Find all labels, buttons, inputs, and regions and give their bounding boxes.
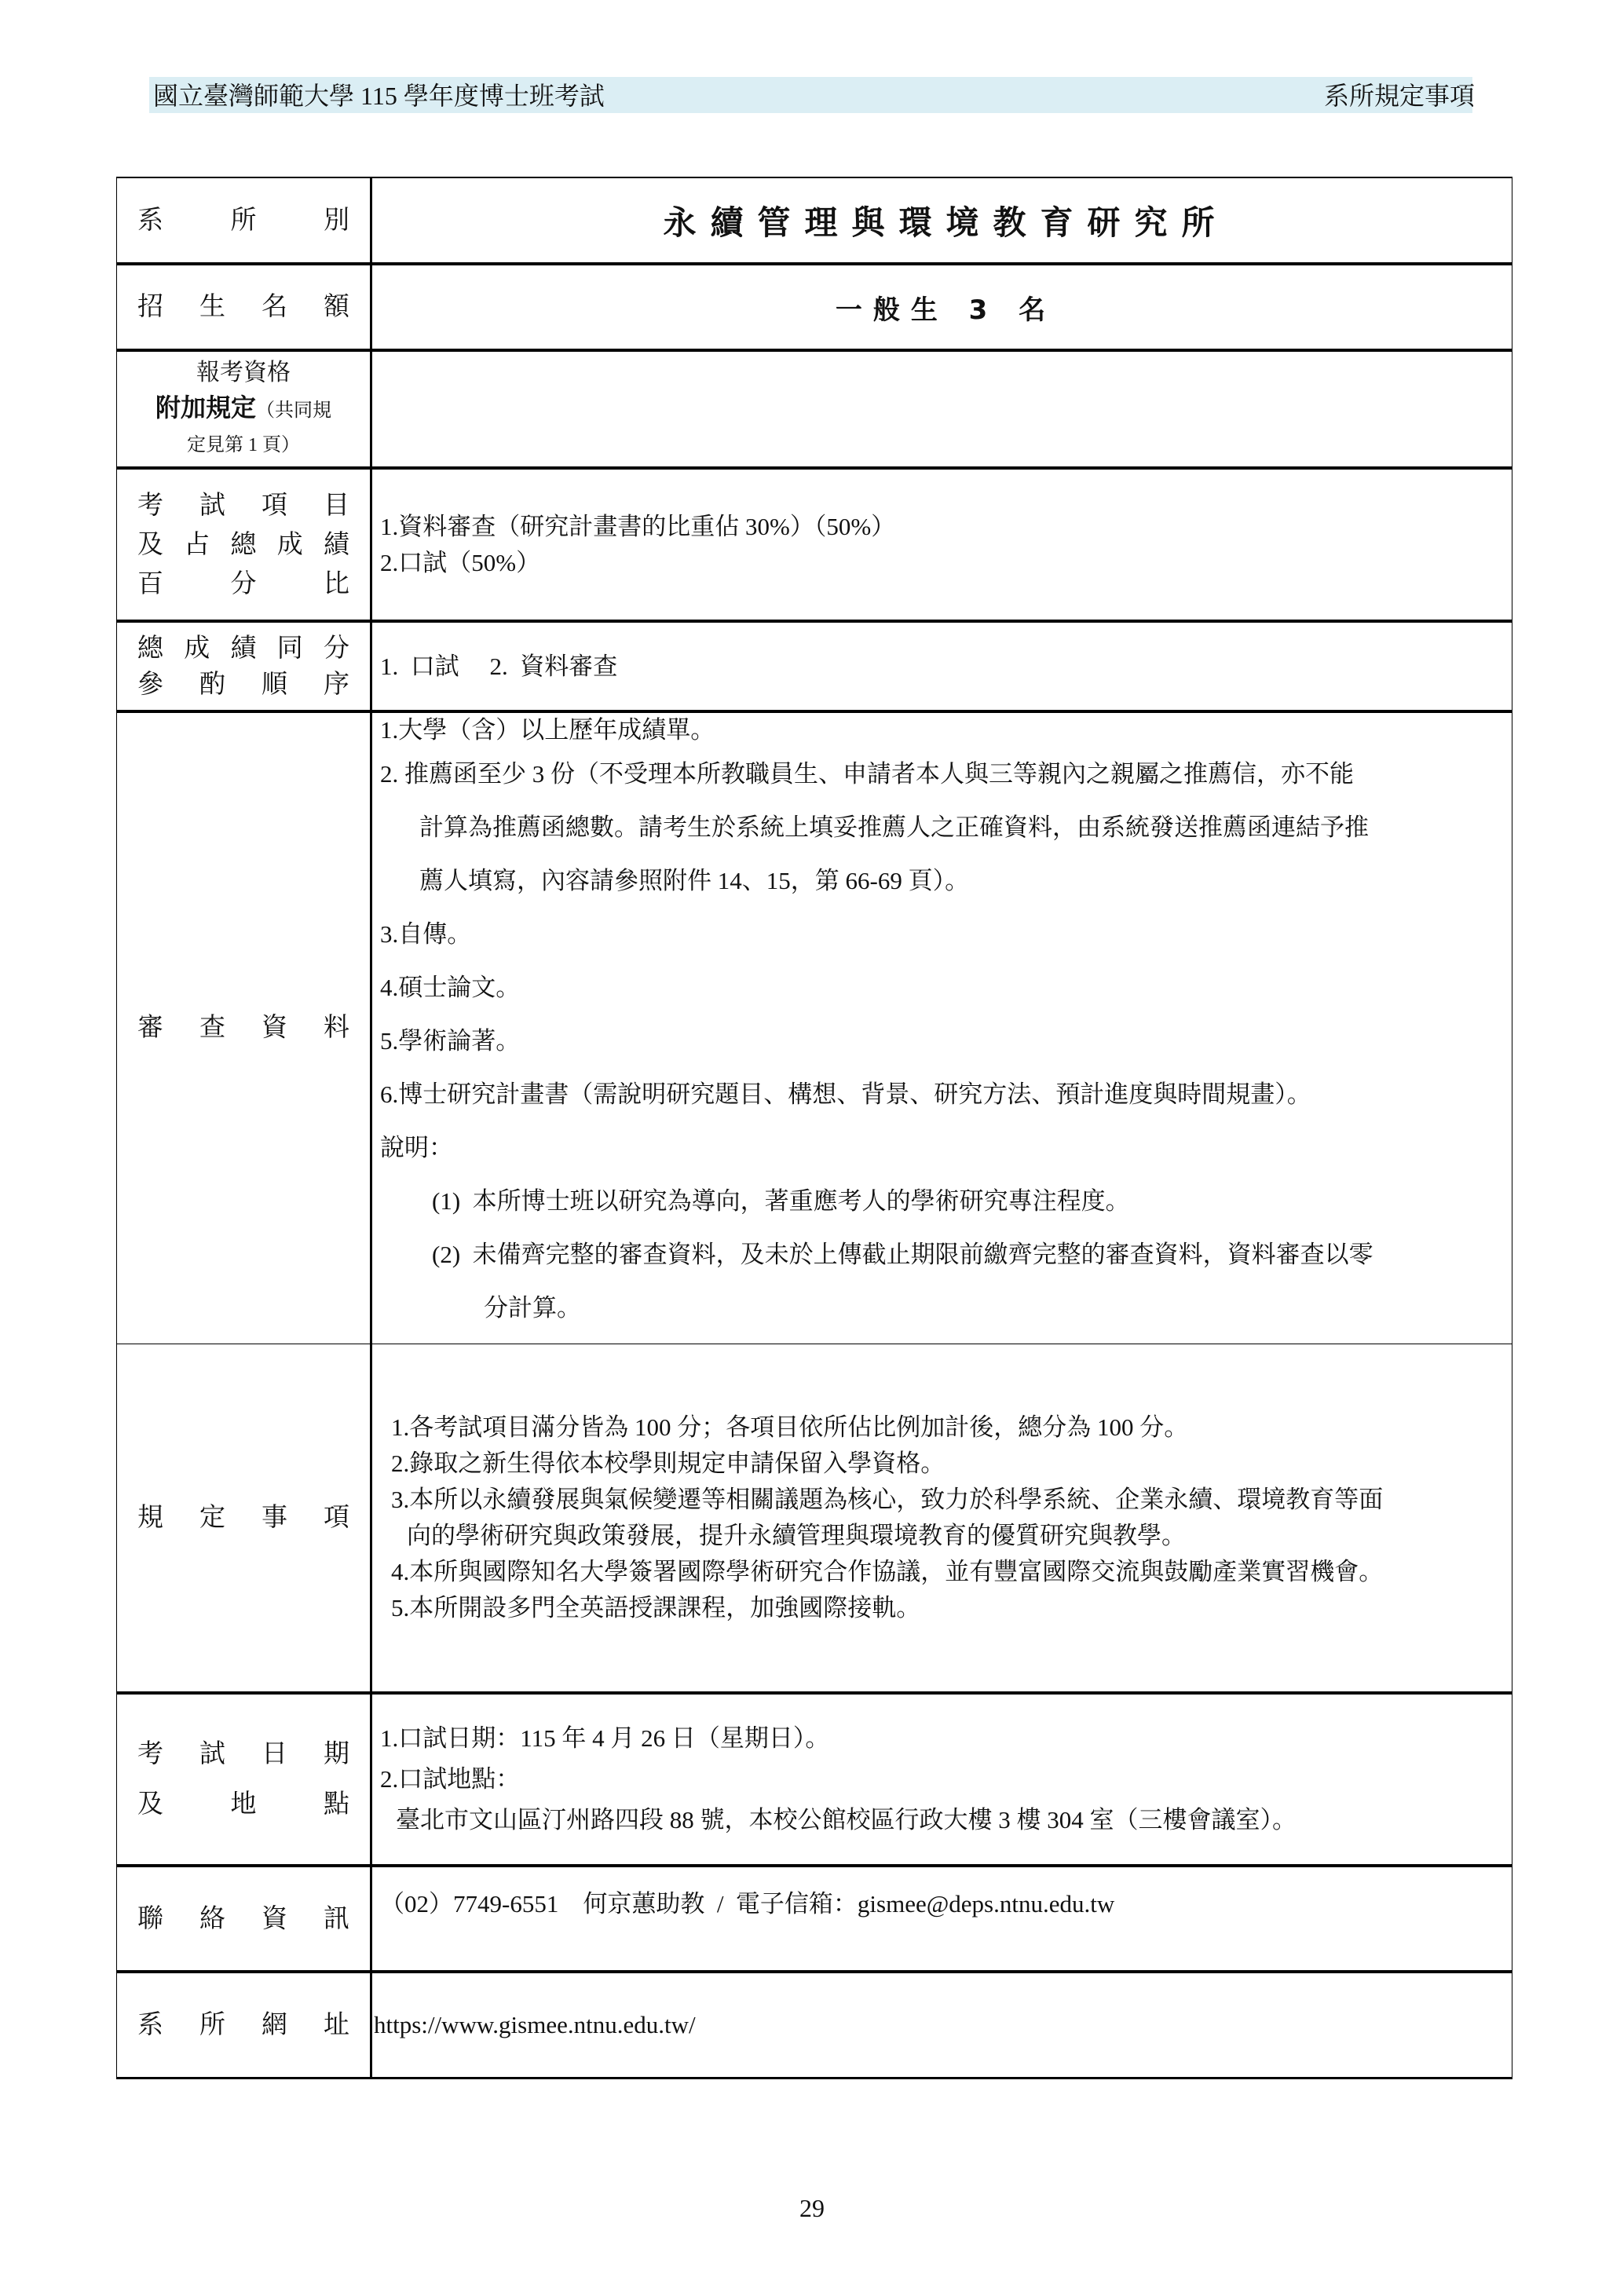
header-title: 國立臺灣師範大學 115 學年度博士班考試 bbox=[153, 79, 605, 113]
label-char: 績 bbox=[324, 525, 349, 565]
label-char: 總 bbox=[231, 525, 257, 565]
label-char: 地 bbox=[231, 1779, 257, 1830]
review-note: (1) 本所博士班以研究為導向，著重應考人的學術研究專注程度。 bbox=[380, 1175, 1512, 1228]
label-char: 績 bbox=[231, 631, 257, 667]
label-char: 別 bbox=[324, 200, 349, 241]
row-quota: 招 生 名 額 一般生 3 名 bbox=[117, 264, 1512, 350]
row-department: 系 所 別 永續管理與環境教育研究所 bbox=[117, 177, 1512, 264]
review-item: 3.自傳。 bbox=[380, 908, 1512, 961]
label-char: 考 bbox=[137, 486, 163, 525]
label-char: 審 bbox=[137, 1007, 163, 1048]
label-char: 址 bbox=[324, 2005, 349, 2046]
label-char: 試 bbox=[199, 486, 225, 525]
exam-location-label: 2.口試地點： bbox=[380, 1759, 1512, 1800]
label-department: 系 所 別 bbox=[117, 177, 371, 264]
review-materials-cell: 1.大學（含）以上歷年成績單。 2. 推薦函至少 3 份（不受理本所教職員生、申… bbox=[371, 711, 1512, 1344]
department-name-cell: 永續管理與環境教育研究所 bbox=[371, 177, 1512, 264]
label-char: 日 bbox=[262, 1729, 287, 1779]
label-tiebreak: 總 成 績 同 分 參 酌 順 序 bbox=[117, 621, 371, 711]
label-char: 生 bbox=[199, 287, 225, 327]
label-char: 分 bbox=[324, 631, 349, 667]
rule-item-cont: 向的學術研究與政策發展，提升永續管理與環境教育的優質研究與教學。 bbox=[391, 1518, 1512, 1554]
label-char: 所 bbox=[199, 2005, 225, 2046]
label-char: 序 bbox=[324, 667, 349, 703]
rule-item: 4.本所與國際知名大學簽署國際學術研究合作協議，並有豐富國際交流與鼓勵產業實習機… bbox=[391, 1554, 1512, 1590]
label-review-materials: 審 查 資 料 bbox=[117, 711, 371, 1344]
label-char: 比 bbox=[324, 565, 349, 604]
quota-cell: 一般生 3 名 bbox=[371, 264, 1512, 350]
row-tiebreak: 總 成 績 同 分 參 酌 順 序 1. 口試 2. 資料審查 bbox=[117, 621, 1512, 711]
label-char: 參 bbox=[137, 667, 163, 703]
label-char: 訊 bbox=[324, 1899, 349, 1940]
label-char: 項 bbox=[262, 486, 287, 525]
website-cell: https://www.gismee.ntnu.edu.tw/ bbox=[371, 1972, 1512, 2078]
label-char: 定 bbox=[199, 1497, 225, 1538]
row-review-materials: 審 查 資 料 1.大學（含）以上歷年成績單。 2. 推薦函至少 3 份（不受理… bbox=[117, 711, 1512, 1344]
rule-item: 5.本所開設多門全英語授課課程，加強國際接軌。 bbox=[391, 1590, 1512, 1626]
label-char: 資 bbox=[262, 1899, 287, 1940]
exam-location-address: 臺北市文山區汀州路四段 88 號，本校公館校區行政大樓 3 樓 304 室（三樓… bbox=[380, 1800, 1512, 1841]
tiebreak-cell: 1. 口試 2. 資料審查 bbox=[371, 621, 1512, 711]
label-char: 成 bbox=[184, 631, 210, 667]
website-link[interactable]: https://www.gismee.ntnu.edu.tw/ bbox=[374, 2007, 1512, 2043]
label-char: 資 bbox=[262, 1007, 287, 1048]
tiebreak-order: 1. 口試 2. 資料審查 bbox=[380, 649, 1512, 685]
label-char: 目 bbox=[324, 486, 349, 525]
row-exam-date: 考 試 日 期 及 地 點 1.口試日期：115 年 4 月 26 日（星期日）… bbox=[117, 1693, 1512, 1866]
row-rules: 規 定 事 項 1.各考試項目滿分皆為 100 分；各項目依所佔比例加計後，總分… bbox=[117, 1344, 1512, 1693]
label-char: 事 bbox=[262, 1497, 287, 1538]
label-rules: 規 定 事 項 bbox=[117, 1344, 371, 1693]
exam-items-cell: 1.資料審查（研究計畫書的比重佔 30%）（50%） 2.口試（50%） bbox=[371, 468, 1512, 621]
exam-date: 1.口試日期：115 年 4 月 26 日（星期日）。 bbox=[380, 1718, 1512, 1759]
label-char: 占 bbox=[184, 525, 210, 565]
review-item: 5.學術論著。 bbox=[380, 1015, 1512, 1068]
review-item: 4.碩士論文。 bbox=[380, 961, 1512, 1015]
quota-value: 一般生 3 名 bbox=[380, 288, 1512, 327]
review-note: (2) 未備齊完整的審查資料，及未於上傳截止期限前繳齊完整的審查資料，資料審查以… bbox=[380, 1228, 1512, 1281]
label-exam-date: 考 試 日 期 及 地 點 bbox=[117, 1693, 371, 1866]
qualification-label-bold: 附加規定 bbox=[155, 393, 256, 422]
label-char: 同 bbox=[277, 631, 303, 667]
label-char: 系 bbox=[137, 200, 163, 241]
label-char: 網 bbox=[262, 2005, 287, 2046]
label-char: 及 bbox=[137, 1779, 163, 1830]
label-char: 期 bbox=[324, 1729, 349, 1779]
label-exam-items: 考 試 項 目 及 占 總 成 績 百 分 比 bbox=[117, 468, 371, 621]
rule-item: 3.本所以永續發展與氣候變遷等相關議題為核心，致力於科學系統、企業永續、環境教育… bbox=[391, 1482, 1512, 1518]
header-section: 系所規定事項 bbox=[1324, 79, 1475, 113]
review-item: 1.大學（含）以上歷年成績單。 bbox=[380, 713, 1512, 748]
label-char: 料 bbox=[324, 1007, 349, 1048]
label-char: 點 bbox=[324, 1779, 349, 1830]
label-qualification: 報考資格 附加規定（共同規 定見第 1 頁） bbox=[117, 350, 371, 468]
qualification-label-note: （共同規 bbox=[256, 400, 331, 421]
qualification-value bbox=[371, 350, 1512, 468]
review-item-cont: 計算為推薦函總數。請考生於系統上填妥推薦人之正確資料，由系統發送推薦函連結予推 bbox=[380, 801, 1512, 854]
label-char: 絡 bbox=[199, 1899, 225, 1940]
department-name: 永續管理與環境教育研究所 bbox=[380, 197, 1512, 244]
label-char: 查 bbox=[199, 1007, 225, 1048]
qualification-label-note2: 定見第 1 頁） bbox=[117, 428, 370, 462]
review-item-cont: 薦人填寫，內容請參照附件 14、15，第 66-69 頁）。 bbox=[380, 854, 1512, 908]
row-exam-items: 考 試 項 目 及 占 總 成 績 百 分 比 bbox=[117, 468, 1512, 621]
row-website: 系 所 網 址 https://www.gismee.ntnu.edu.tw/ bbox=[117, 1972, 1512, 2078]
qualification-label-line1: 報考資格 bbox=[117, 356, 370, 390]
label-char: 分 bbox=[231, 565, 257, 604]
row-qualification: 報考資格 附加規定（共同規 定見第 1 頁） bbox=[117, 350, 1512, 468]
label-quota: 招 生 名 額 bbox=[117, 264, 371, 350]
rules-cell: 1.各考試項目滿分皆為 100 分；各項目依所佔比例加計後，總分為 100 分。… bbox=[371, 1344, 1512, 1693]
label-char: 名 bbox=[262, 287, 287, 327]
label-char: 所 bbox=[231, 200, 257, 241]
rule-item: 2.錄取之新生得依本校學則規定申請保留入學資格。 bbox=[391, 1446, 1512, 1482]
rule-item: 1.各考試項目滿分皆為 100 分；各項目依所佔比例加計後，總分為 100 分。 bbox=[391, 1409, 1512, 1446]
review-item: 6.博士研究計畫書（需說明研究題目、構想、背景、研究方法、預計進度與時間規畫）。 bbox=[380, 1068, 1512, 1121]
label-char: 總 bbox=[137, 631, 163, 667]
exam-item: 1.資料審查（研究計畫書的比重佔 30%）（50%） bbox=[380, 509, 1512, 545]
label-char: 招 bbox=[137, 287, 163, 327]
label-char: 聯 bbox=[137, 1899, 163, 1940]
exam-date-cell: 1.口試日期：115 年 4 月 26 日（星期日）。 2.口試地點： 臺北市文… bbox=[371, 1693, 1512, 1866]
contact-info[interactable]: （02）7749-6551 何京蕙助教 / 電子信箱：gismee@deps.n… bbox=[380, 1886, 1512, 1922]
label-char: 考 bbox=[137, 1729, 163, 1779]
label-char: 酌 bbox=[199, 667, 225, 703]
row-contact: 聯 絡 資 訊 （02）7749-6551 何京蕙助教 / 電子信箱：gisme… bbox=[117, 1866, 1512, 1972]
label-contact: 聯 絡 資 訊 bbox=[117, 1866, 371, 1972]
label-website: 系 所 網 址 bbox=[117, 1972, 371, 2078]
label-char: 試 bbox=[199, 1729, 225, 1779]
page-number: 29 bbox=[0, 2194, 1624, 2223]
regulations-table: 系 所 別 永續管理與環境教育研究所 招 生 名 額 一般生 3 名 報考資格 bbox=[116, 177, 1512, 2079]
label-char: 順 bbox=[262, 667, 287, 703]
contact-cell: （02）7749-6551 何京蕙助教 / 電子信箱：gismee@deps.n… bbox=[371, 1866, 1512, 1972]
review-note-cont: 分計算。 bbox=[380, 1281, 1512, 1335]
label-char: 成 bbox=[277, 525, 303, 565]
label-char: 百 bbox=[137, 565, 163, 604]
review-note-title: 說明： bbox=[380, 1121, 1512, 1175]
label-char: 及 bbox=[137, 525, 163, 565]
label-char: 額 bbox=[324, 287, 349, 327]
label-char: 項 bbox=[324, 1497, 349, 1538]
label-char: 規 bbox=[137, 1497, 163, 1538]
review-item: 2. 推薦函至少 3 份（不受理本所教職員生、申請者本人與三等親內之親屬之推薦信… bbox=[380, 748, 1512, 801]
label-char: 系 bbox=[137, 2005, 163, 2046]
exam-item: 2.口試（50%） bbox=[380, 545, 1512, 581]
